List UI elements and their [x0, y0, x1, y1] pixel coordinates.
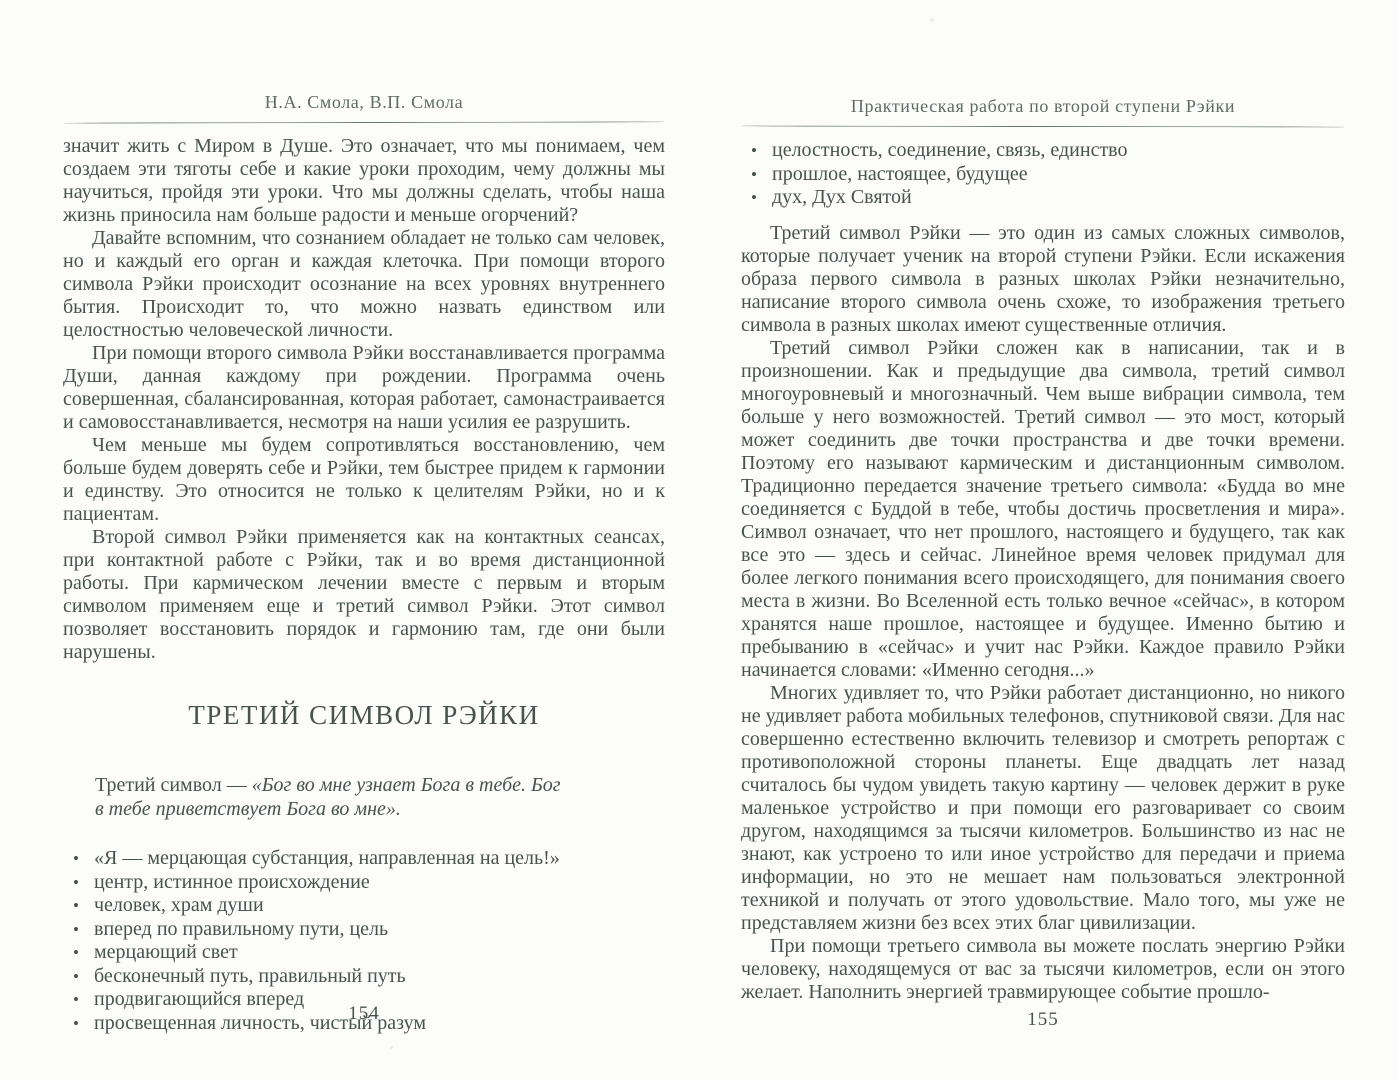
bullet-dot-icon: •	[73, 847, 79, 871]
list-item: • человек, храм души	[63, 894, 665, 918]
list-item: • целостность, соединение, связь, единст…	[741, 139, 1345, 163]
bullet-text: прошлое, настоящее, будущее	[772, 163, 1028, 185]
bullet-text: целостность, соединение, связь, единство	[772, 139, 1128, 161]
bullet-text: центр, истинное происхождение	[94, 871, 370, 893]
body-paragraph: Третий символ Рэйки сложен как в написан…	[741, 337, 1345, 682]
list-item: • «Я — мерцающая субстанция, направленна…	[63, 847, 665, 871]
bullet-dot-icon: •	[73, 918, 79, 942]
right-head-rule	[741, 125, 1345, 127]
left-page: Н.А. Смола, В.П. Смола значит жить с Мир…	[63, 92, 665, 1035]
section-heading: ТРЕТИЙ СИМВОЛ РЭЙКИ	[63, 700, 665, 731]
body-paragraph: значит жить с Миром в Душе. Это означает…	[63, 135, 665, 227]
scan-speckle	[930, 18, 934, 22]
bullet-dot-icon: •	[73, 965, 79, 989]
scan-speckle	[390, 1046, 393, 1049]
right-page-number: 155	[741, 1009, 1345, 1031]
bullet-dot-icon: •	[73, 941, 79, 965]
bullet-text: вперед по правильному пути, цель	[94, 918, 388, 940]
bullet-dot-icon: •	[751, 139, 757, 163]
left-body-paragraphs: значит жить с Миром в Душе. Это означает…	[63, 135, 665, 664]
book-spread: Н.А. Смола, В.П. Смола значит жить с Мир…	[0, 0, 1397, 1080]
bullet-text: дух, Дух Святой	[772, 186, 912, 208]
list-item: • мерцающий свет	[63, 941, 665, 965]
right-running-head: Практическая работа по второй ступени Рэ…	[741, 96, 1345, 117]
bullet-dot-icon: •	[751, 163, 757, 187]
bullet-text: мерцающий свет	[94, 941, 238, 963]
right-body-paragraphs: Третий символ Рэйки — это один из самых …	[741, 222, 1345, 1004]
bullet-dot-icon: •	[73, 894, 79, 918]
epigraph: Третий символ — «Бог во мне узнает Бога …	[95, 773, 563, 821]
bullet-dot-icon: •	[751, 186, 757, 210]
bullet-text: бесконечный путь, правильный путь	[94, 965, 406, 987]
body-paragraph: Чем меньше мы будем сопротивляться восст…	[63, 434, 665, 526]
body-paragraph: Третий символ Рэйки — это один из самых …	[741, 222, 1345, 337]
scan-speckle	[1290, 700, 1293, 703]
body-paragraph: Многих удивляет то, что Рэйки работает д…	[741, 682, 1345, 935]
list-item: • вперед по правильному пути, цель	[63, 918, 665, 942]
right-bullet-list: • целостность, соединение, связь, единст…	[741, 139, 1345, 210]
left-head-rule	[63, 121, 665, 123]
list-item: • бесконечный путь, правильный путь	[63, 965, 665, 989]
list-item: • дух, Дух Святой	[741, 186, 1345, 210]
bullet-text: человек, храм души	[94, 894, 264, 916]
left-running-head: Н.А. Смола, В.П. Смола	[63, 92, 665, 113]
epigraph-lead: Третий символ —	[95, 774, 252, 796]
list-item: • прошлое, настоящее, будущее	[741, 163, 1345, 187]
body-paragraph: При помощи третьего символа вы можете по…	[741, 935, 1345, 1004]
left-page-number: 154	[63, 1003, 665, 1025]
right-page: Практическая работа по второй ступени Рэ…	[741, 96, 1345, 1004]
body-paragraph: Второй символ Рэйки применяется как на к…	[63, 526, 665, 664]
body-paragraph: При помощи второго символа Рэйки восстан…	[63, 342, 665, 434]
list-item: • центр, истинное происхождение	[63, 871, 665, 895]
bullet-text: «Я — мерцающая субстанция, направленная …	[94, 847, 560, 869]
bullet-dot-icon: •	[73, 871, 79, 895]
body-paragraph: Давайте вспомним, что сознанием обладает…	[63, 227, 665, 342]
